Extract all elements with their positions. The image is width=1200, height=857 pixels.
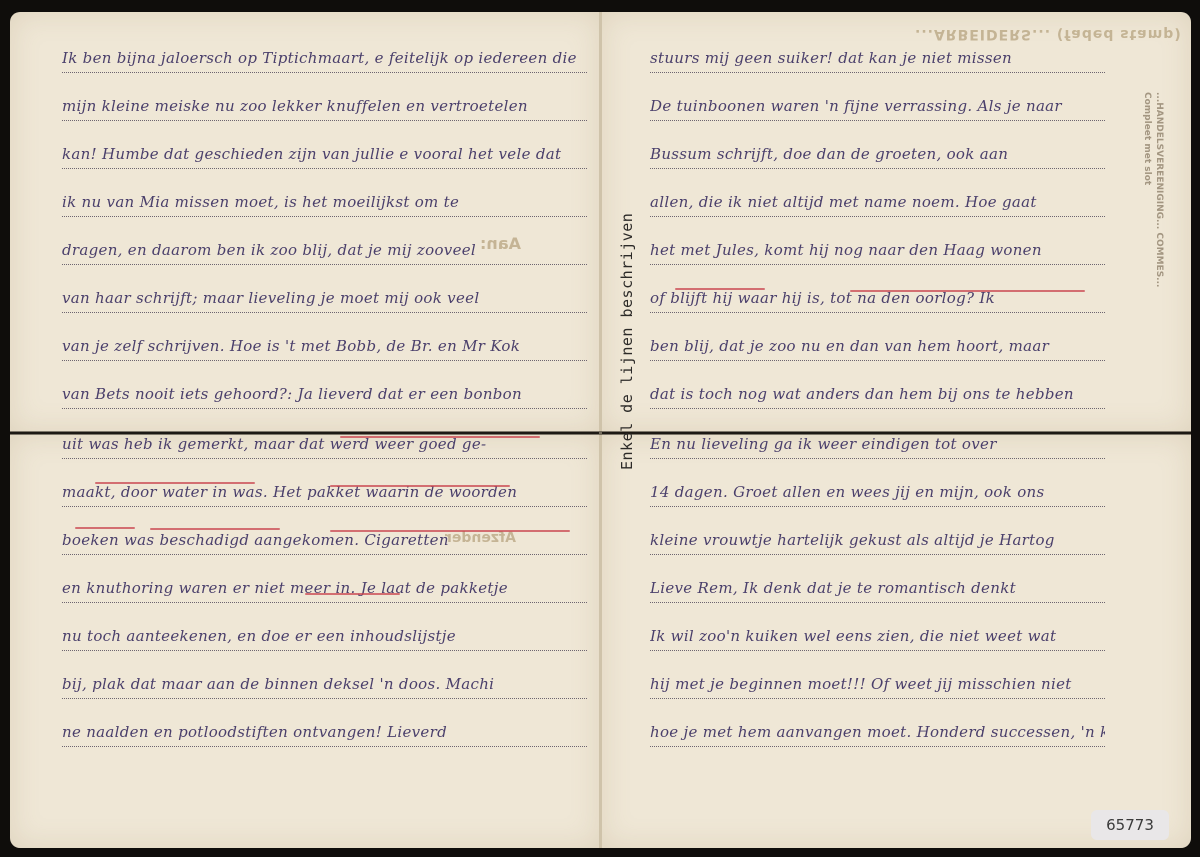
red-pencil-underline xyxy=(75,527,135,529)
handwritten-line: hij met je beginnen moet!!! Of weet jij … xyxy=(650,670,1105,699)
red-pencil-underline xyxy=(340,436,540,438)
archive-number-label: 65773 xyxy=(1091,810,1169,840)
handwritten-line: hoe je met hem aanvangen moet. Honderd s… xyxy=(650,718,1105,747)
red-pencil-underline xyxy=(675,288,765,290)
handwritten-line: En nu lieveling ga ik weer eindigen tot … xyxy=(650,430,1105,459)
handwritten-line: kan! Humbe dat geschieden zijn van julli… xyxy=(62,140,587,169)
handwritten-line: ik nu van Mia missen moet, is het moeili… xyxy=(62,188,587,217)
handwritten-line: allen, die ik niet altijd met name noem.… xyxy=(650,188,1105,217)
handwritten-line: nu toch aanteekenen, en doe er een inhou… xyxy=(62,622,587,651)
red-pencil-underline xyxy=(330,530,570,532)
handwritten-line: en knuthoring waren er niet meer in. Je … xyxy=(62,574,587,603)
handwritten-line: van haar schrijft; maar lieveling je moe… xyxy=(62,284,587,313)
handwritten-line: Bussum schrijft, doe dan de groeten, ook… xyxy=(650,140,1105,169)
handwritten-line: dat is toch nog wat anders dan hem bij o… xyxy=(650,380,1105,409)
red-pencil-underline xyxy=(150,528,280,530)
handwritten-line: stuurs mij geen suiker! dat kan je niet … xyxy=(650,44,1105,73)
handwritten-line: van Bets nooit iets gehoord?: Ja lieverd… xyxy=(62,380,587,409)
red-pencil-underline xyxy=(850,290,1085,292)
handwritten-line: 14 dagen. Groet allen en wees jij en mij… xyxy=(650,478,1105,507)
handwritten-line: mijn kleine meiske nu zoo lekker knuffel… xyxy=(62,92,587,121)
handwritten-line: dragen, en daarom ben ik zoo blij, dat j… xyxy=(62,236,587,265)
handwritten-line: Lieve Rem, Ik denk dat je te romantisch … xyxy=(650,574,1105,603)
handwritten-line: Ik ben bijna jaloersch op Tiptichmaart, … xyxy=(62,44,587,73)
handwritten-line: ben blij, dat je zoo nu en dan van hem h… xyxy=(650,332,1105,361)
red-pencil-underline xyxy=(95,482,255,484)
red-pencil-underline xyxy=(330,485,510,487)
side-stamp: ...HANDELSVEREENIGING... COMMES... Compl… xyxy=(1141,92,1165,287)
faded-stamp-top: ...ARBEIDERS... (faded stamp) xyxy=(915,26,1182,42)
handwritten-line: het met Jules, komt hij nog naar den Haa… xyxy=(650,236,1105,265)
handwritten-line: ne naalden en potloodstiften ontvangen! … xyxy=(62,718,587,747)
letter-sheet-top-left xyxy=(10,12,600,432)
red-pencil-underline xyxy=(305,593,400,595)
handwritten-line: uit was heb ik gemerkt, maar dat werd we… xyxy=(62,430,587,459)
handwritten-line: Ik wil zoo'n kuiken wel eens zien, die n… xyxy=(650,622,1105,651)
handwritten-line: bij, plak dat maar aan de binnen deksel … xyxy=(62,670,587,699)
printed-instruction-vertical: Enkel de lijnen beschrijven xyxy=(618,213,636,470)
vertical-fold-line xyxy=(599,12,602,848)
handwritten-line: kleine vrouwtje hartelijk gekust als alt… xyxy=(650,526,1105,555)
letter-sheet-top-right xyxy=(601,12,1191,432)
handwritten-line: De tuinboonen waren 'n fijne verrassing.… xyxy=(650,92,1105,121)
handwritten-line: van je zelf schrijven. Hoe is 't met Bob… xyxy=(62,332,587,361)
handwritten-side-note: Compleet met slot xyxy=(1141,92,1153,287)
side-stamp-text: ...HANDELSVEREENIGING... COMMES... xyxy=(1153,92,1165,287)
